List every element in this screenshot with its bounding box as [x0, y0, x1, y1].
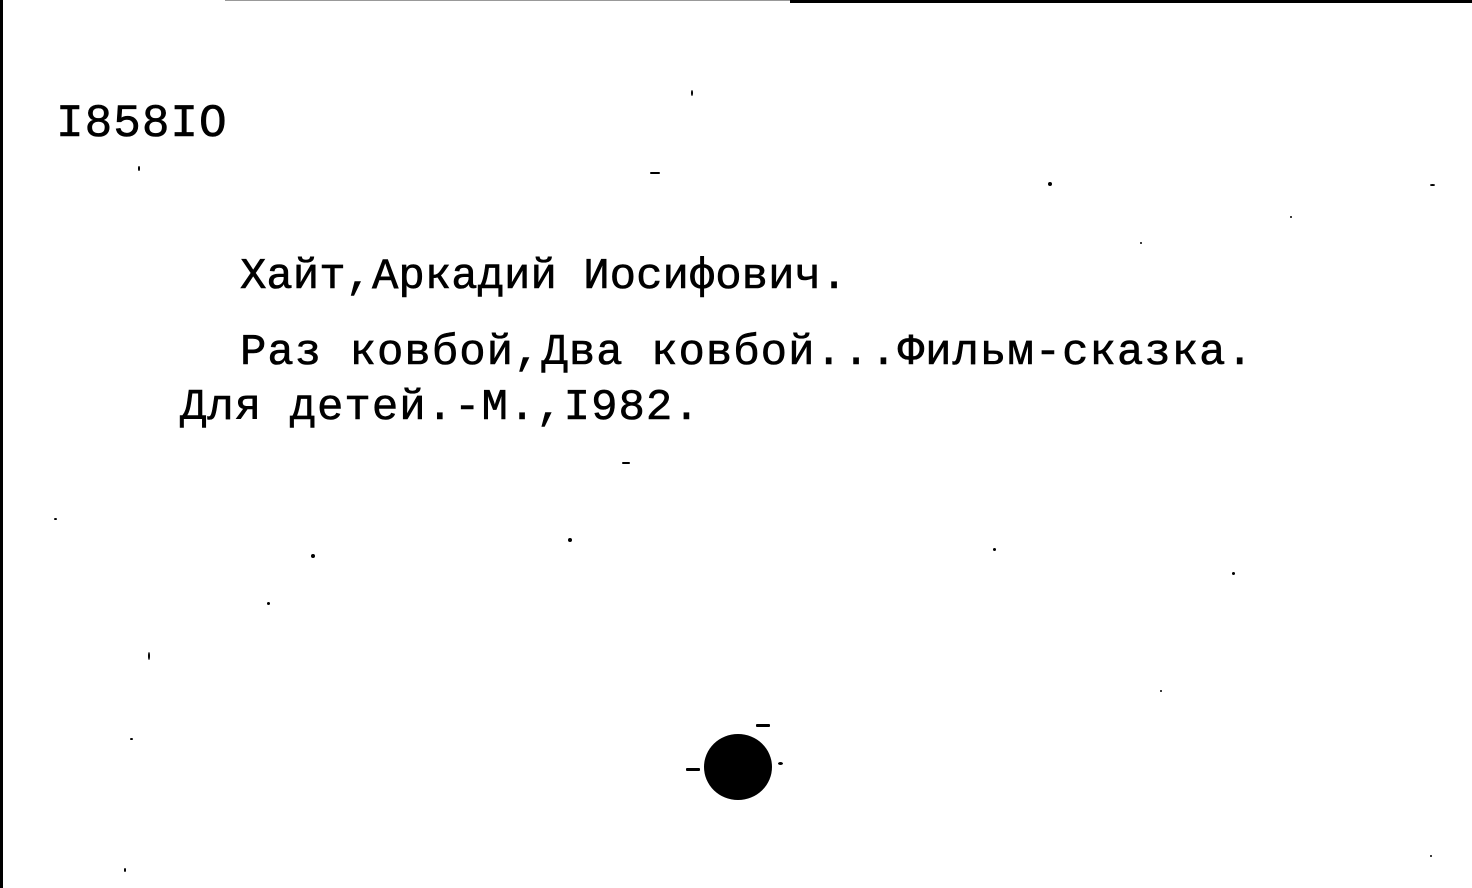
scan-speck [691, 90, 693, 96]
author-heading: Хайт,Аркадий Иосифович. [240, 252, 847, 302]
card-left-border [0, 0, 3, 888]
scan-speck [130, 738, 133, 740]
scan-speck [686, 768, 700, 771]
scan-speck [1290, 216, 1292, 218]
scan-speck [1232, 572, 1235, 575]
scan-speck [993, 548, 996, 551]
punch-hole [704, 734, 772, 800]
scan-speck [1048, 182, 1052, 186]
scan-speck [756, 724, 770, 727]
scan-speck [1430, 184, 1435, 186]
scan-speck [1160, 690, 1162, 692]
catalog-card: I858IO Хайт,Аркадий Иосифович. Раз ковбо… [0, 0, 1472, 888]
scan-speck [1430, 855, 1432, 857]
scan-speck [148, 652, 150, 660]
scan-speck [1140, 242, 1142, 244]
card-top-border-faint [225, 0, 790, 1]
scan-speck [778, 762, 783, 765]
scan-speck [267, 602, 270, 605]
scan-speck [54, 518, 57, 520]
call-number: I858IO [56, 98, 228, 150]
scan-speck [622, 462, 630, 464]
scan-speck [650, 172, 660, 174]
publication-statement: Для детей.-М.,I982. [180, 383, 701, 433]
card-top-border [790, 0, 1472, 3]
scan-speck [311, 554, 315, 558]
scan-speck [568, 538, 572, 542]
title-statement: Раз ковбой,Два ковбой...Фильм-сказка. [240, 328, 1254, 378]
scan-speck [138, 166, 140, 171]
scan-speck [124, 868, 126, 872]
